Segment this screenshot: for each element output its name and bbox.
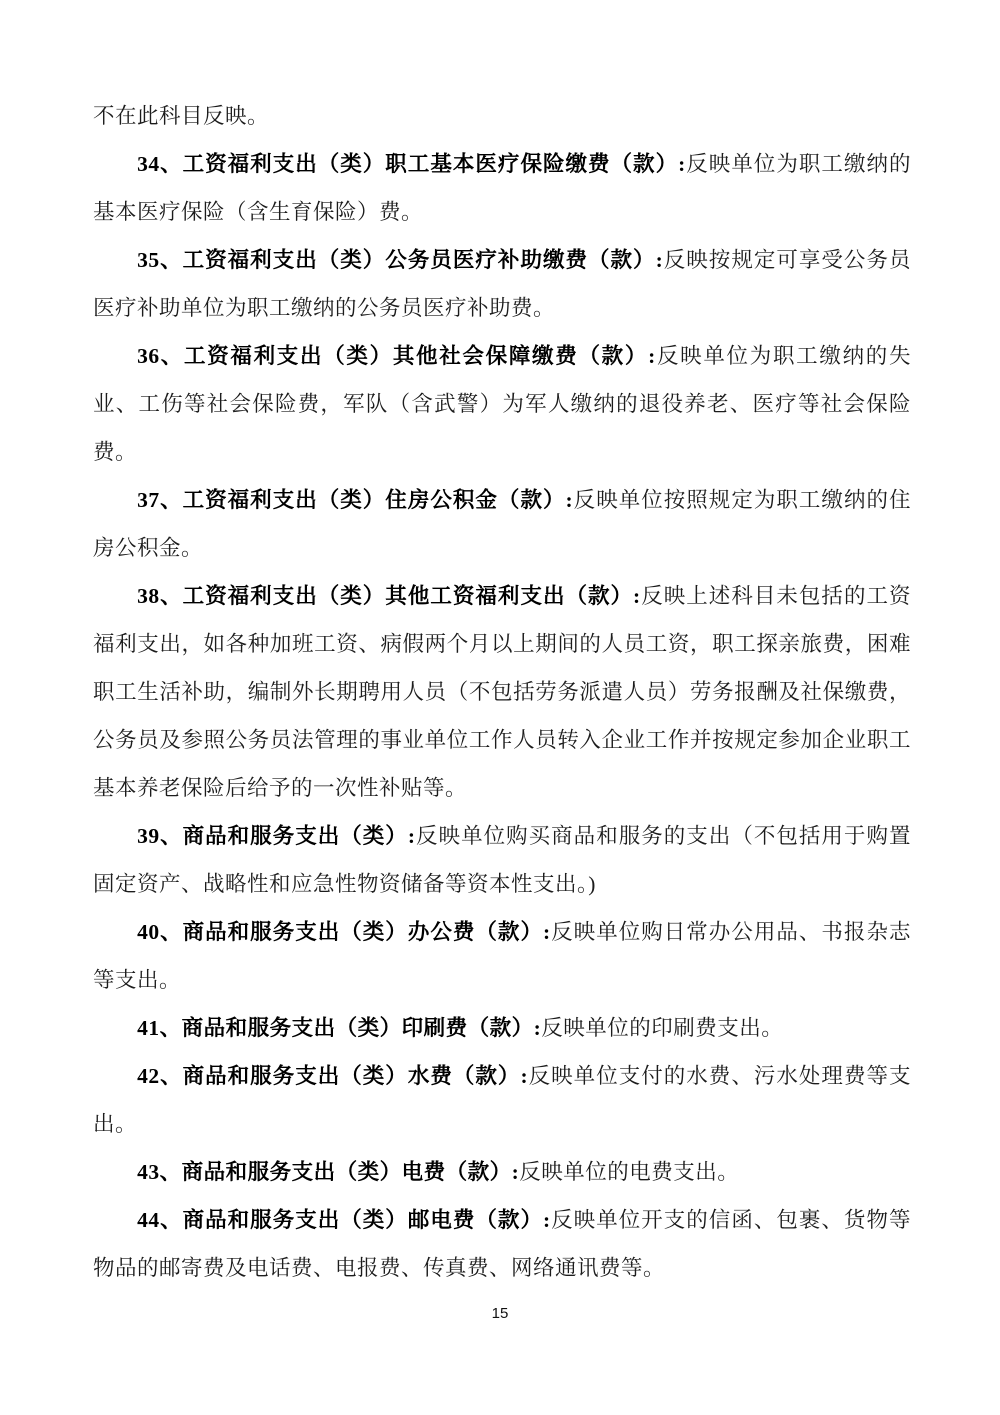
- item-43-body: 反映单位的电费支出。: [519, 1160, 739, 1184]
- item-35-lead: 35、工资福利支出（类）公务员医疗补助缴费（款）:: [137, 248, 663, 272]
- item-37-lead: 37、工资福利支出（类）住房公积金（款）:: [137, 488, 573, 512]
- item-39-lead: 39、商品和服务支出（类）:: [137, 824, 415, 848]
- carryover-text: 不在此科目反映。: [93, 104, 269, 128]
- list-item-38: 38、工资福利支出（类）其他工资福利支出（款）:反映上述科目未包括的工资福利支出…: [93, 572, 911, 812]
- list-item-41: 41、商品和服务支出（类）印刷费（款）:反映单位的印刷费支出。: [93, 1004, 911, 1052]
- document-body: 不在此科目反映。 34、工资福利支出（类）职工基本医疗保险缴费（款）:反映单位为…: [93, 92, 911, 1292]
- item-40-lead: 40、商品和服务支出（类）办公费（款）:: [137, 920, 551, 944]
- list-item-43: 43、商品和服务支出（类）电费（款）:反映单位的电费支出。: [93, 1148, 911, 1196]
- list-item-36: 36、工资福利支出（类）其他社会保障缴费（款）:反映单位为职工缴纳的失业、工伤等…: [93, 332, 911, 476]
- list-item-39: 39、商品和服务支出（类）:反映单位购买商品和服务的支出（不包括用于购置固定资产…: [93, 812, 911, 908]
- item-44-lead: 44、商品和服务支出（类）邮电费（款）:: [137, 1208, 551, 1232]
- list-item-44: 44、商品和服务支出（类）邮电费（款）:反映单位开支的信函、包裹、货物等物品的邮…: [93, 1196, 911, 1292]
- item-41-body: 反映单位的印刷费支出。: [541, 1016, 783, 1040]
- page-footer: 15: [0, 1305, 1000, 1323]
- carryover-paragraph: 不在此科目反映。: [93, 92, 911, 140]
- list-item-40: 40、商品和服务支出（类）办公费（款）:反映单位购日常办公用品、书报杂志等支出。: [93, 908, 911, 1004]
- item-43-lead: 43、商品和服务支出（类）电费（款）:: [137, 1160, 519, 1184]
- item-36-lead: 36、工资福利支出（类）其他社会保障缴费（款）:: [137, 344, 656, 368]
- item-42-lead: 42、商品和服务支出（类）水费（款）:: [137, 1064, 528, 1088]
- list-item-35: 35、工资福利支出（类）公务员医疗补助缴费（款）:反映按规定可享受公务员医疗补助…: [93, 236, 911, 332]
- list-item-34: 34、工资福利支出（类）职工基本医疗保险缴费（款）:反映单位为职工缴纳的基本医疗…: [93, 140, 911, 236]
- list-item-42: 42、商品和服务支出（类）水费（款）:反映单位支付的水费、污水处理费等支出。: [93, 1052, 911, 1148]
- list-item-37: 37、工资福利支出（类）住房公积金（款）:反映单位按照规定为职工缴纳的住房公积金…: [93, 476, 911, 572]
- item-41-lead: 41、商品和服务支出（类）印刷费（款）:: [137, 1016, 541, 1040]
- item-38-lead: 38、工资福利支出（类）其他工资福利支出（款）:: [137, 584, 641, 608]
- document-page: 不在此科目反映。 34、工资福利支出（类）职工基本医疗保险缴费（款）:反映单位为…: [0, 0, 1000, 1415]
- page-number: 15: [492, 1305, 509, 1322]
- item-34-lead: 34、工资福利支出（类）职工基本医疗保险缴费（款）:: [137, 152, 686, 176]
- item-38-body: 反映上述科目未包括的工资福利支出，如各种加班工资、病假两个月以上期间的人员工资，…: [93, 584, 911, 800]
